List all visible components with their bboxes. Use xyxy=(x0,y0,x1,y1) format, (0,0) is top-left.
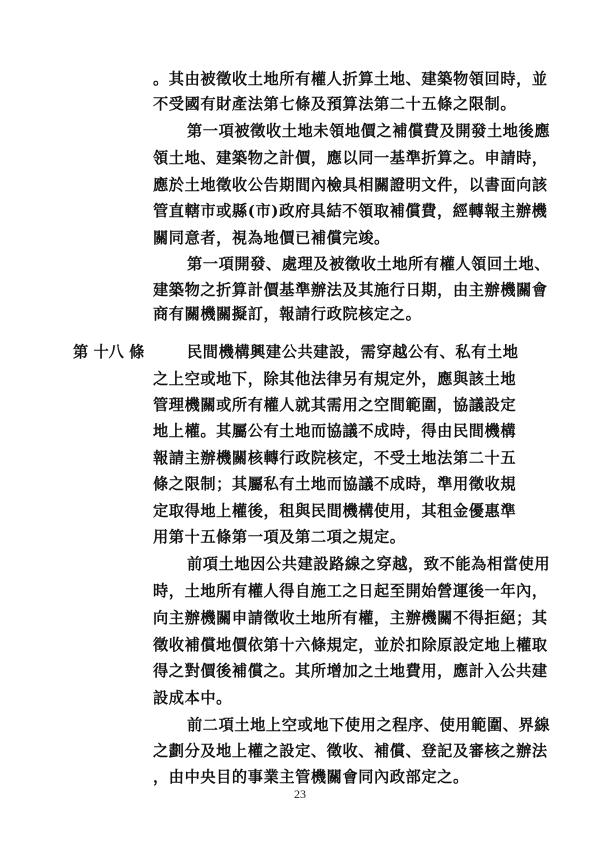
text-line: 管直轄市或縣(市)政府具結不領取補償費，經轉報主辦機 xyxy=(153,200,538,222)
text-line: 定取得地上權後，租與民間機構使用，其租金優惠準 xyxy=(153,500,538,522)
paragraph-first-line: 第一項開發、處理及被徵收土地所有權人領回土地、 xyxy=(187,253,538,275)
document-page: 。其由被徵收土地所有權人折算土地、建築物領回時，並 不受國有財產法第七條及預算法… xyxy=(0,0,600,848)
text-line: 地上權。其屬公有土地而協議不成時，得由民間機構 xyxy=(153,420,538,442)
text-line: 應於土地徵收公告期間內檢具相關證明文件，以書面向該 xyxy=(153,174,538,196)
text-line: 條之限制；其屬私有土地而協議不成時，準用徵收規 xyxy=(153,473,538,495)
text-line: 不受國有財產法第七條及預算法第二十五條之限制。 xyxy=(153,93,538,115)
text-line: 之上空或地下，除其他法律另有規定外，應與該土地 xyxy=(153,368,538,390)
text-line: 管理機關或所有權人就其需用之空間範圍，協議設定 xyxy=(153,394,538,416)
text-line: 。其由被徵收土地所有權人折算土地、建築物領回時，並 xyxy=(153,68,538,90)
text-line: 領土地、建築物之計價，應以同一基準折算之。申請時， xyxy=(153,147,538,169)
text-line: ，由中央目的事業主管機關會同內政部定之。 xyxy=(153,766,538,788)
text-line: 關同意者，視為地價已補償完竣。 xyxy=(153,227,538,249)
paragraph-first-line: 前二項土地上空或地下使用之程序、使用範圍、界線 xyxy=(187,714,538,736)
text-line: 用第十五條第一項及第二項之規定。 xyxy=(153,526,538,548)
paragraph-first-line: 第一項被徵收土地未領地價之補償費及開發土地後應 xyxy=(187,120,538,142)
article-number-label: 第 十八 條 xyxy=(73,341,144,363)
article-paragraph-first-line: 民間機構興建公共建設，需穿越公有、私有土地 xyxy=(187,341,538,363)
text-line: 建築物之折算計價基準辦法及其施行日期，由主辦機關會 xyxy=(153,279,538,301)
text-line: 時，土地所有權人得自施工之日起至開始營運後一年內， xyxy=(153,580,538,602)
text-line: 得之對價後補償之。其所增加之土地費用，應計入公共建 xyxy=(153,660,538,682)
text-line: 徵收補償地價依第十六條規定，並於扣除原設定地上權取 xyxy=(153,634,538,656)
text-line: 向主辦機關申請徵收土地所有權，主辦機關不得拒絕；其 xyxy=(153,607,538,629)
text-line: 設成本中。 xyxy=(153,687,538,709)
text-line: 報請主辦機關核轉行政院核定，不受土地法第二十五 xyxy=(153,447,538,469)
paragraph-first-line: 前項土地因公共建設路線之穿越，致不能為相當使用 xyxy=(187,553,538,575)
text-line: 之劃分及地上權之設定、徵收、補償、登記及審核之辦法 xyxy=(153,740,538,762)
text-line: 商有關機關擬訂，報請行政院核定之。 xyxy=(153,303,538,325)
page-number: 23 xyxy=(0,787,600,802)
